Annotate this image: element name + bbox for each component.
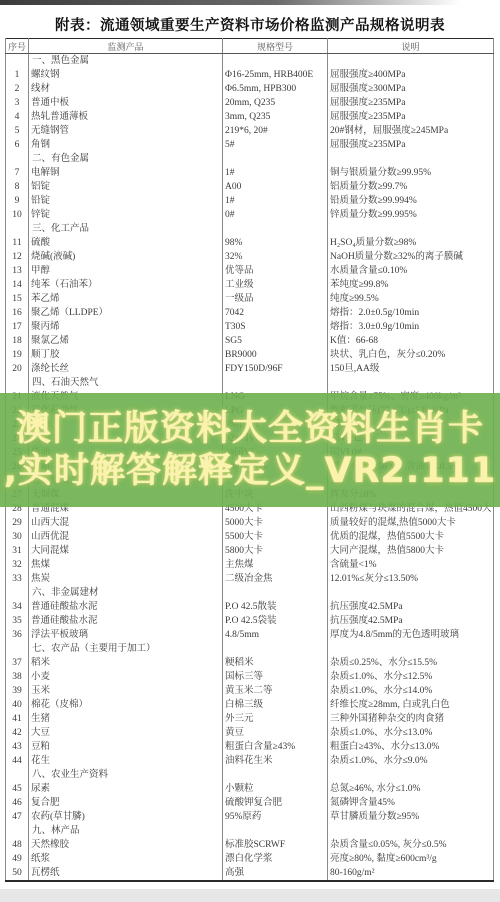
desc-cell: 纯度≥99.5% [328, 292, 494, 306]
section-label-cell: 四、石油天然气 [29, 376, 223, 390]
row-number-cell: 3 [6, 96, 29, 110]
spec-cell: 20mm, Q235 [223, 96, 328, 110]
row-number-cell: 15 [6, 292, 29, 306]
spec-cell [223, 152, 328, 166]
desc-cell: 20#钢材，屈服强度≥245MPa [328, 124, 494, 138]
spec-cell: 黄豆 [223, 726, 328, 740]
table-row: 4热轧普通薄板3mm, Q235屈服强度≥235MPa [6, 110, 494, 124]
table-row: 11硫酸98%H₂SO₄质量分数≥98% [6, 236, 494, 250]
spec-cell: 7042 [223, 306, 328, 320]
desc-cell: 屈服强度≥300MPa [328, 82, 494, 96]
spec-cell: 95%原药 [223, 810, 328, 824]
spec-cell: 3mm, Q235 [223, 110, 328, 124]
top-edge-strip [0, 0, 500, 5]
row-number-cell: 29 [6, 516, 29, 530]
row-number-cell [6, 586, 29, 600]
watermark-line1: 澳门正版资料大全资料生肖卡 [16, 408, 484, 450]
row-number-cell [6, 642, 29, 656]
spec-cell: Φ16-25mm, HRB400E [223, 68, 328, 82]
spec-cell: 主焦煤 [223, 558, 328, 572]
table-row: 5无缝钢管219*6, 20#20#钢材，屈服强度≥245MPa [6, 124, 494, 138]
product-cell: 农药(草甘膦) [29, 810, 223, 824]
product-cell: 苯乙烯 [29, 292, 223, 306]
product-cell: 普通硅酸盐水泥 [29, 600, 223, 614]
table-row: 8铝锭A00铝质量分数≥99.7% [6, 180, 494, 194]
desc-cell: 杂质≤1.0%、水分≤14.0% [328, 684, 494, 698]
desc-cell [328, 768, 494, 782]
desc-cell: 水质量含量≤0.10% [328, 264, 494, 278]
spec-cell: T30S [223, 320, 328, 334]
table-row: 43豆粕粗蛋白含量≥43%粗蛋白≥43%、水分≤13.0% [6, 740, 494, 754]
watermark-line2: ,实时解答解释定义_VR2.111 [4, 450, 497, 492]
product-cell: 电解铜 [29, 166, 223, 180]
row-number-cell: 5 [6, 124, 29, 138]
section-label-cell: 二、有色金属 [29, 152, 223, 166]
product-cell: 顺丁胶 [29, 348, 223, 362]
desc-cell: 大同产混煤，热值5800大卡 [328, 544, 494, 558]
header-cell-product: 监测产品 [29, 39, 223, 54]
header-cell-spec: 规格型号 [223, 39, 328, 54]
spec-cell: 4.8/5mm [223, 628, 328, 642]
product-cell: 大豆 [29, 726, 223, 740]
table-row: 7电解铜1#铜与银质量分数≥99.95% [6, 166, 494, 180]
section-row: 六、非金属建材 [6, 586, 494, 600]
table-row: 9铅锭1#铅质量分数≥99.994% [6, 194, 494, 208]
page-title: 附表：流通领域重要生产资料市场价格监测产品规格说明表 [0, 14, 500, 35]
desc-cell: NaOH质量分数≥32%的离子膜碱 [328, 250, 494, 264]
row-number-cell: 36 [6, 628, 29, 642]
row-number-cell: 38 [6, 670, 29, 684]
section-row: 二、有色金属 [6, 152, 494, 166]
table-row: 1螺纹钢Φ16-25mm, HRB400E屈服强度≥400MPa [6, 68, 494, 82]
desc-cell: 纤维长度≥28mm, 白或乳白色 [328, 698, 494, 712]
row-number-cell: 42 [6, 726, 29, 740]
spec-cell: Φ6.5mm, HPB300 [223, 82, 328, 96]
desc-cell: 总氮≥46%, 水分≤1.0% [328, 782, 494, 796]
section-row: 九、林产品 [6, 824, 494, 838]
table-row: 31大同混煤5800大卡大同产混煤，热值5800大卡 [6, 544, 494, 558]
product-cell: 山西优混 [29, 530, 223, 544]
table-row: 10锌锭0#锌质量分数≥99.995% [6, 208, 494, 222]
section-label-cell: 一、黑色金属 [29, 54, 223, 69]
desc-cell: 屈服强度≥235MPa [328, 96, 494, 110]
table-row: 37稻米粳稻米杂质≤0.25%、水分≤15.5% [6, 656, 494, 670]
desc-cell: 抗压强度42.5MPa [328, 600, 494, 614]
spec-cell: P.O 42.5袋装 [223, 614, 328, 628]
table-row: 30山西优混5500大卡优质的混煤，热值5500大卡 [6, 530, 494, 544]
row-number-cell [6, 54, 29, 69]
table-row: 12烧碱(液碱)32%NaOH质量分数≥32%的离子膜碱 [6, 250, 494, 264]
spec-cell: 油料花生米 [223, 754, 328, 768]
spec-cell: 外三元 [223, 712, 328, 726]
table-row: 48天然橡胶标准胶SCRWF杂质含量≤0.05%, 灰分≤0.5% [6, 838, 494, 852]
product-cell: 稻米 [29, 656, 223, 670]
desc-cell [328, 824, 494, 838]
spec-cell: 5500大卡 [223, 530, 328, 544]
spec-cell: 工业级 [223, 278, 328, 292]
desc-cell: 厚度为4.8/5mm的无色透明玻璃 [328, 628, 494, 642]
table-row: 35普通硅酸盐水泥P.O 42.5袋装抗压强度42.5MPa [6, 614, 494, 628]
row-number-cell: 48 [6, 838, 29, 852]
watermark-overlay: 澳门正版资料大全资料生肖卡 ,实时解答解释定义_VR2.111 [0, 393, 500, 507]
product-cell: 焦炭 [29, 572, 223, 586]
spec-cell [223, 642, 328, 656]
desc-cell: 杂质≤1.0%、水分≤12.5% [328, 670, 494, 684]
row-number-cell: 41 [6, 712, 29, 726]
row-number-cell: 2 [6, 82, 29, 96]
desc-cell: 粗蛋白≥43%、水分≤13.0% [328, 740, 494, 754]
desc-cell: 铅质量分数≥99.994% [328, 194, 494, 208]
spec-cell [223, 222, 328, 236]
table-row: 41生猪外三元三种外国猪种杂交的肉食猪 [6, 712, 494, 726]
product-cell: 复合肥 [29, 796, 223, 810]
table-row: 50瓦楞纸高强80-160g/m² [6, 866, 494, 881]
row-number-cell: 4 [6, 110, 29, 124]
desc-cell [328, 222, 494, 236]
spec-cell: 标准胶SCRWF [223, 838, 328, 852]
header-cell-desc: 说明 [328, 39, 494, 54]
table-row: 39玉米黄玉米二等杂质≤1.0%、水分≤14.0% [6, 684, 494, 698]
row-number-cell: 34 [6, 600, 29, 614]
product-cell: 硫酸 [29, 236, 223, 250]
product-cell: 棉花（皮棉） [29, 698, 223, 712]
table-row: 15苯乙烯一级品纯度≥99.5% [6, 292, 494, 306]
product-cell: 纯苯（石油苯） [29, 278, 223, 292]
table-row: 45尿素小颗粒总氮≥46%, 水分≤1.0% [6, 782, 494, 796]
table-row: 33焦炭二级冶金焦12.01%≤灰分≤13.50% [6, 572, 494, 586]
section-row: 八、农业生产资料 [6, 768, 494, 782]
spec-cell: 小颗粒 [223, 782, 328, 796]
product-cell: 锌锭 [29, 208, 223, 222]
section-label-cell: 八、农业生产资料 [29, 768, 223, 782]
row-number-cell: 8 [6, 180, 29, 194]
row-number-cell: 14 [6, 278, 29, 292]
row-number-cell: 40 [6, 698, 29, 712]
table-row: 18聚氯乙烯SG5K值：66-68 [6, 334, 494, 348]
product-cell: 纸浆 [29, 852, 223, 866]
spec-cell: 32% [223, 250, 328, 264]
row-number-cell: 39 [6, 684, 29, 698]
product-cell: 烧碱(液碱) [29, 250, 223, 264]
row-number-cell: 32 [6, 558, 29, 572]
row-number-cell: 45 [6, 782, 29, 796]
spec-cell: P.O 42.5散装 [223, 600, 328, 614]
product-cell: 豆粕 [29, 740, 223, 754]
row-number-cell: 20 [6, 362, 29, 376]
row-number-cell: 43 [6, 740, 29, 754]
spec-cell: SG5 [223, 334, 328, 348]
spec-cell: 漂白化学浆 [223, 852, 328, 866]
product-cell: 聚氯乙烯 [29, 334, 223, 348]
product-cell: 线材 [29, 82, 223, 96]
desc-cell: 熔指：2.0±0.5g/10min [328, 306, 494, 320]
desc-cell: 杂质≤1.0%、水分≤13.0% [328, 726, 494, 740]
row-number-cell [6, 152, 29, 166]
desc-cell: 铜与银质量分数≥99.95% [328, 166, 494, 180]
desc-cell: 块状、乳白色，灰分≤0.20% [328, 348, 494, 362]
spec-cell: 1# [223, 166, 328, 180]
table-row: 13甲醇优等品水质量含量≤0.10% [6, 264, 494, 278]
desc-cell: 80-160g/m² [328, 866, 494, 881]
spec-cell: FDY150D/96F [223, 362, 328, 376]
row-number-cell: 35 [6, 614, 29, 628]
section-row: 四、石油天然气 [6, 376, 494, 390]
desc-cell: H₂SO₄质量分数≥98% [328, 236, 494, 250]
desc-cell: K值：66-68 [328, 334, 494, 348]
spec-cell: 白棉三级 [223, 698, 328, 712]
table-row: 16聚乙烯（LLDPE）7042熔指：2.0±0.5g/10min [6, 306, 494, 320]
row-number-cell: 50 [6, 866, 29, 881]
product-cell: 普通中板 [29, 96, 223, 110]
spec-cell: 5000大卡 [223, 516, 328, 530]
table-row: 34普通硅酸盐水泥P.O 42.5散装抗压强度42.5MPa [6, 600, 494, 614]
spec-cell: 优等品 [223, 264, 328, 278]
desc-cell [328, 586, 494, 600]
spec-cell [223, 768, 328, 782]
desc-cell: 氮磷钾含量45% [328, 796, 494, 810]
row-number-cell: 19 [6, 348, 29, 362]
product-cell: 螺纹钢 [29, 68, 223, 82]
table-row: 44花生油料花生米杂质≤1.0%、水分≤9.0% [6, 754, 494, 768]
product-cell: 瓦楞纸 [29, 866, 223, 881]
table-row: 19顺丁胶BR9000块状、乳白色，灰分≤0.20% [6, 348, 494, 362]
table-row: 47农药(草甘膦)95%原药草甘膦质量分数≥95% [6, 810, 494, 824]
section-label-cell: 六、非金属建材 [29, 586, 223, 600]
row-number-cell: 10 [6, 208, 29, 222]
product-cell: 无缝钢管 [29, 124, 223, 138]
row-number-cell: 6 [6, 138, 29, 152]
product-cell: 生猪 [29, 712, 223, 726]
row-number-cell: 7 [6, 166, 29, 180]
product-cell: 涤纶长丝 [29, 362, 223, 376]
spec-cell: 5800大卡 [223, 544, 328, 558]
spec-cell: 一级品 [223, 292, 328, 306]
product-cell: 铅锭 [29, 194, 223, 208]
product-cell: 热轧普通薄板 [29, 110, 223, 124]
desc-cell [328, 376, 494, 390]
desc-cell: 屈服强度≥235MPa [328, 110, 494, 124]
section-row: 一、黑色金属 [6, 54, 494, 69]
desc-cell: 苯纯度≥99.8% [328, 278, 494, 292]
spec-cell: 219*6, 20# [223, 124, 328, 138]
desc-cell: 亮度≥80%, 黏度≥600cm³/g [328, 852, 494, 866]
table-row: 2线材Φ6.5mm, HPB300屈服强度≥300MPa [6, 82, 494, 96]
section-label-cell: 三、化工产品 [29, 222, 223, 236]
spec-cell: 硫酸钾复合肥 [223, 796, 328, 810]
product-cell: 浮法平板玻璃 [29, 628, 223, 642]
product-cell: 聚乙烯（LLDPE） [29, 306, 223, 320]
spec-cell: BR9000 [223, 348, 328, 362]
row-number-cell: 46 [6, 796, 29, 810]
desc-cell: 杂质含量≤0.05%, 灰分≤0.5% [328, 838, 494, 852]
product-cell: 甲醇 [29, 264, 223, 278]
table-row: 49纸浆漂白化学浆亮度≥80%, 黏度≥600cm³/g [6, 852, 494, 866]
desc-cell: 杂质≤0.25%、水分≤15.5% [328, 656, 494, 670]
row-number-cell: 12 [6, 250, 29, 264]
spec-cell: 高强 [223, 866, 328, 881]
desc-cell: 铝质量分数≥99.7% [328, 180, 494, 194]
spec-cell: 粗蛋白含量≥43% [223, 740, 328, 754]
spec-cell: 0# [223, 208, 328, 222]
table-row: 38小麦国标三等杂质≤1.0%、水分≤12.5% [6, 670, 494, 684]
desc-cell: 锌质量分数≥99.995% [328, 208, 494, 222]
row-number-cell: 37 [6, 656, 29, 670]
row-number-cell: 49 [6, 852, 29, 866]
row-number-cell: 1 [6, 68, 29, 82]
product-cell: 普通硅酸盐水泥 [29, 614, 223, 628]
row-number-cell: 11 [6, 236, 29, 250]
section-row: 三、化工产品 [6, 222, 494, 236]
desc-cell: 抗压强度42.5MPa [328, 614, 494, 628]
spec-cell [223, 586, 328, 600]
spec-cell: 98% [223, 236, 328, 250]
spec-cell: A00 [223, 180, 328, 194]
table-row: 29山西大混5000大卡质量较好的混煤,热值5000大卡 [6, 516, 494, 530]
desc-cell [328, 152, 494, 166]
table-row: 42大豆黄豆杂质≤1.0%、水分≤13.0% [6, 726, 494, 740]
product-cell: 山西大混 [29, 516, 223, 530]
row-number-cell: 18 [6, 334, 29, 348]
row-number-cell: 31 [6, 544, 29, 558]
product-cell: 聚丙烯 [29, 320, 223, 334]
spec-cell [223, 54, 328, 69]
desc-cell: 草甘膦质量分数≥95% [328, 810, 494, 824]
product-cell: 花生 [29, 754, 223, 768]
desc-cell: 150旦,AA级 [328, 362, 494, 376]
table-header-row: 序号 监测产品 规格型号 说明 [6, 39, 494, 54]
product-cell: 玉米 [29, 684, 223, 698]
table-row: 36浮法平板玻璃4.8/5mm厚度为4.8/5mm的无色透明玻璃 [6, 628, 494, 642]
spec-cell: 1# [223, 194, 328, 208]
row-number-cell: 44 [6, 754, 29, 768]
table-row: 46复合肥硫酸钾复合肥氮磷钾含量45% [6, 796, 494, 810]
header-cell-no: 序号 [6, 39, 29, 54]
desc-cell: 三种外国猪种杂交的肉食猪 [328, 712, 494, 726]
desc-cell: 屈服强度≥400MPa [328, 68, 494, 82]
desc-cell [328, 54, 494, 69]
product-cell: 大同混煤 [29, 544, 223, 558]
row-number-cell: 33 [6, 572, 29, 586]
row-number-cell [6, 824, 29, 838]
table-row: 6角钢5#屈服强度≥235MPa [6, 138, 494, 152]
desc-cell: 优质的混煤，热值5500大卡 [328, 530, 494, 544]
spec-cell [223, 824, 328, 838]
table-row: 32焦煤主焦煤含硫量<1% [6, 558, 494, 572]
product-cell: 铝锭 [29, 180, 223, 194]
row-number-cell [6, 768, 29, 782]
section-label-cell: 七、农产品（主要用于加工） [29, 642, 223, 656]
product-cell: 尿素 [29, 782, 223, 796]
spec-cell [223, 376, 328, 390]
product-cell: 天然橡胶 [29, 838, 223, 852]
row-number-cell: 13 [6, 264, 29, 278]
row-number-cell: 30 [6, 530, 29, 544]
table-row: 3普通中板20mm, Q235屈服强度≥235MPa [6, 96, 494, 110]
product-cell: 角钢 [29, 138, 223, 152]
section-label-cell: 九、林产品 [29, 824, 223, 838]
table-row: 17聚丙烯T30S熔指：3.0±0.9g/10min [6, 320, 494, 334]
spec-cell: 二级冶金焦 [223, 572, 328, 586]
section-row: 七、农产品（主要用于加工） [6, 642, 494, 656]
spec-cell: 粳稻米 [223, 656, 328, 670]
table-row: 14纯苯（石油苯）工业级苯纯度≥99.8% [6, 278, 494, 292]
product-cell: 小麦 [29, 670, 223, 684]
spec-cell: 黄玉米二等 [223, 684, 328, 698]
row-number-cell: 16 [6, 306, 29, 320]
desc-cell [328, 642, 494, 656]
row-number-cell: 17 [6, 320, 29, 334]
product-cell: 焦煤 [29, 558, 223, 572]
desc-cell: 12.01%≤灰分≤13.50% [328, 572, 494, 586]
bottom-margin [0, 889, 500, 902]
table-row: 20涤纶长丝FDY150D/96F150旦,AA级 [6, 362, 494, 376]
table-row: 40棉花（皮棉）白棉三级纤维长度≥28mm, 白或乳白色 [6, 698, 494, 712]
desc-cell: 屈服强度≥235MPa [328, 138, 494, 152]
desc-cell: 质量较好的混煤,热值5000大卡 [328, 516, 494, 530]
desc-cell: 含硫量<1% [328, 558, 494, 572]
row-number-cell [6, 222, 29, 236]
spec-cell: 国标三等 [223, 670, 328, 684]
row-number-cell: 47 [6, 810, 29, 824]
desc-cell: 杂质≤1.0%、水分≤9.0% [328, 754, 494, 768]
row-number-cell: 9 [6, 194, 29, 208]
row-number-cell [6, 376, 29, 390]
spec-cell: 5# [223, 138, 328, 152]
desc-cell: 熔指：3.0±0.9g/10min [328, 320, 494, 334]
